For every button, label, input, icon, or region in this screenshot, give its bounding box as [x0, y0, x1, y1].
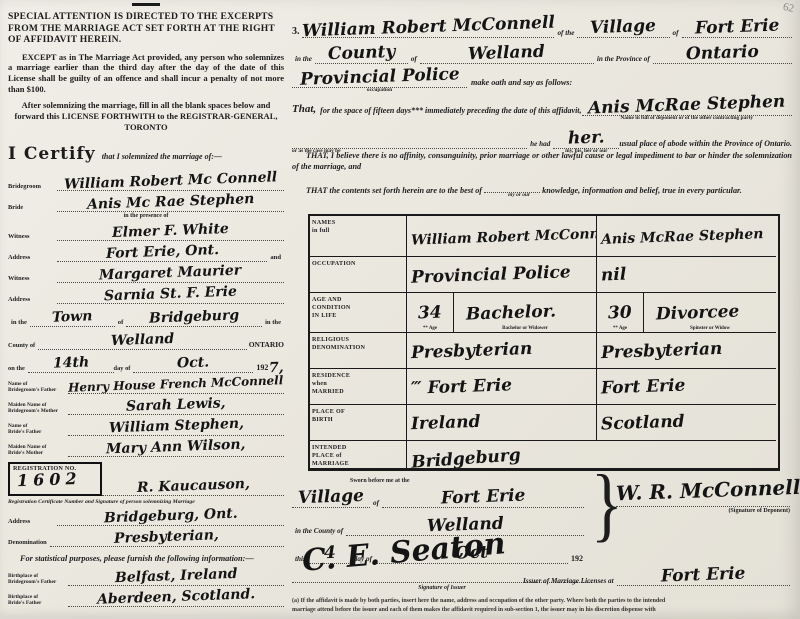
witness1-label: Witness	[8, 233, 57, 241]
special-attention-notice: SPECIAL ATTENTION IS DIRECTED TO THE EXC…	[8, 11, 284, 46]
bridegroom-label: Bridegroom	[8, 183, 57, 191]
affidavit-header: 3. William Robert McConnell of the Villa…	[292, 12, 792, 88]
in-the-word-2: in the	[262, 319, 284, 327]
row-label-religion: RELIGIOUS DENOMINATION	[310, 332, 406, 368]
witness2-line: Margaret Maurier	[57, 264, 284, 283]
top-rule	[132, 3, 160, 6]
county-word-handwriting: County	[327, 44, 395, 63]
groom-condition-box: Bachelor. Bachelor or Widower	[454, 293, 596, 332]
fifteen-days-clause: for the space of fifteen days*** immedia…	[320, 106, 581, 116]
pronoun-line: her. my, his, her or our	[553, 130, 619, 149]
municipality-field: in the Town of Bridgeburg in the	[8, 304, 284, 327]
bride-mother-label: Maiden Name of Bride's Mother	[8, 444, 68, 457]
bride-condition-box: Divorcee Spinster or Widow	[644, 293, 776, 332]
footnote-line-1: (a) If the affidavit is made by both par…	[292, 597, 792, 606]
bridegroom-name-handwriting: William Robert Mc Connell	[64, 170, 278, 191]
solemnizer-address-line: Bridgeburg, Ont.	[57, 507, 284, 526]
year-printed: 192	[253, 363, 269, 373]
groom-religion-handwriting: Presbyterian	[411, 341, 533, 362]
groom-age-handwriting: 34	[418, 305, 442, 323]
left-column: SPECIAL ATTENTION IS DIRECTED TO THE EXC…	[8, 0, 284, 619]
bride-condition-handwriting: Divorcee	[656, 304, 740, 324]
address1-line: Fort Erie, Ont.	[57, 243, 267, 262]
county-name-handwriting: Welland	[468, 44, 545, 64]
place-handwriting: Fort Erie	[694, 18, 779, 38]
contents-paragraph: THAT the contents set forth herein are t…	[292, 184, 792, 196]
day-handwriting: 14th	[52, 356, 89, 371]
license-issuer-place-handwriting: Fort Erie	[661, 566, 746, 586]
bride-residence-cell: Fort Erie	[596, 368, 776, 404]
municipality-type-handwriting: Town	[52, 309, 93, 324]
occupation-line: Provincial Police occupation	[292, 69, 467, 88]
address2-line: Sarnia St. F. Erie	[57, 285, 284, 304]
sworn-place-line: Village of Fort Erie	[292, 482, 584, 508]
presence-caption: in the presence of	[8, 212, 284, 220]
pronoun-handwriting: her.	[568, 129, 605, 147]
bride-line: Anis Mc Rae Stephen	[57, 193, 284, 212]
county-handwriting: Welland	[111, 332, 175, 348]
place-line: Fort Erie	[682, 19, 793, 38]
in-the-word-aff: in the	[292, 55, 315, 64]
contents-post: knowledge, information and belief, true …	[542, 186, 742, 195]
groom-age-wrap: 34 ** Age Bachelor. Bachelor or Widower	[407, 293, 596, 332]
deponent-signature-line: W. R. McConnell.	[616, 480, 790, 507]
denomination-field: Denomination Presbyterian,	[8, 526, 284, 547]
certify-heading: I Certify that I solemnized the marriage…	[8, 144, 284, 164]
statistical-note: For statistical purposes, please furnish…	[8, 554, 284, 565]
fifteen-days-line: That, for the space of fifteen days*** i…	[292, 92, 792, 116]
bride-name-handwriting: Anis Mc Rae Stephen	[87, 192, 255, 212]
solemnizer-address-handwriting: Bridgeburg, Ont.	[103, 507, 237, 526]
day-line: 14th	[28, 354, 114, 373]
county-label: County of	[8, 342, 38, 350]
bride-father-handwriting: William Stephen,	[108, 417, 243, 436]
groom-mother-handwriting: Sarah Lewis,	[126, 396, 226, 413]
registration-row: REGISTRATION NO. 1602 R. Kaucauson,	[8, 460, 284, 496]
deponent-signature-handwriting: W. R. McConnell.	[616, 477, 800, 504]
that-word: That,	[292, 103, 320, 116]
and-word: and	[267, 254, 284, 262]
marriage-license-scan: 62 SPECIAL ATTENTION IS DIRECTED TO THE …	[0, 0, 800, 619]
county-word-line: County	[315, 45, 408, 64]
no-impediment-paragraph: THAT, I believe there is no affinity, co…	[292, 150, 792, 172]
groom-father-line: Henry House French McConnell	[68, 375, 284, 394]
bride-birthplace-handwriting: Scotland	[601, 414, 685, 434]
certify-rest: that I solemnized the marriage of:—	[102, 152, 222, 161]
fifteen-days-block: That, for the space of fifteen days*** i…	[292, 92, 792, 149]
denomination-label: Denomination	[8, 539, 50, 547]
witness1-field: Witness Elmer F. White	[8, 220, 284, 241]
bride-age-cell: 30 ** Age Divorcee Spinster or Widow	[596, 292, 776, 332]
witness2-address-field: Address Sarnia St. F. Erie	[8, 283, 284, 304]
license-issuer-line: Issuer of Marriage Licenses at Fort Erie	[520, 560, 790, 586]
other-party-line: Anis McRae Stephen Name in full of depon…	[582, 97, 792, 116]
bride-father-birthplace-line: Aberdeen, Scotland.	[68, 588, 284, 607]
ontario-printed: ONTARIO	[247, 340, 284, 350]
denomination-handwriting: Presbyterian,	[114, 528, 219, 546]
day-of-label: day of	[114, 365, 134, 373]
place-type-line: Village	[577, 19, 669, 38]
witness1-line: Elmer F. White	[57, 222, 284, 241]
groom-age-caption: ** Age	[407, 326, 453, 331]
bride-mother-field: Maiden Name of Bride's Mother Mary Ann W…	[8, 436, 284, 457]
address1-handwriting: Fort Erie, Ont.	[105, 243, 218, 261]
other-party-handwriting: Anis McRae Stephen	[588, 94, 786, 118]
row-label-names: NAMES in full	[310, 216, 406, 256]
municipality-handwriting: Bridgeburg	[149, 309, 240, 326]
right-column: 3. William Robert McConnell of the Villa…	[292, 0, 792, 619]
bride-name-handwriting: Anis McRae Stephen	[601, 227, 764, 247]
denomination-line: Presbyterian,	[50, 528, 284, 547]
sworn-county-label: in the County of	[292, 527, 346, 536]
place-type-handwriting: Village	[590, 18, 657, 37]
groom-religion-cell: Presbyterian	[406, 332, 596, 368]
bride-age-box: 30 ** Age	[597, 293, 644, 332]
affidavit-line-3: Provincial Police occupation make oath a…	[292, 64, 792, 88]
county-line: Welland	[38, 331, 247, 350]
bride-name-cell: Anis McRae Stephen	[596, 216, 776, 256]
bride-occupation-cell: nil	[596, 256, 776, 292]
contents-caption: my or our	[484, 192, 540, 198]
deponent-handwriting: William Robert McConnell	[301, 15, 554, 41]
groom-father-birthplace-field: Birthplace of Bridegroom's Father Belfas…	[8, 565, 284, 586]
bride-age-handwriting: 30	[608, 305, 632, 323]
groom-age-cell: 34 ** Age Bachelor. Bachelor or Widower	[406, 292, 596, 332]
of-the-word: of the	[554, 29, 577, 38]
deponent-signature-caption: (Signature of Deponent)	[616, 508, 790, 514]
bride-religion-handwriting: Presbyterian	[601, 341, 723, 362]
case-line: or as the case may be	[292, 148, 527, 149]
groom-occupation-handwriting: Provincial Police	[411, 264, 571, 287]
bride-mother-handwriting: Mary Ann Wilson,	[106, 438, 246, 457]
sworn-place-type-handwriting: Village	[298, 488, 365, 507]
groom-father-handwriting: Henry House French McConnell	[68, 374, 284, 394]
municipality-line: Bridgeburg	[126, 308, 262, 327]
row-label-residence: RESIDENCE when MARRIED	[310, 368, 406, 404]
bride-label: Bride	[8, 204, 57, 212]
bride-father-birthplace-handwriting: Aberdeen, Scotland.	[97, 587, 256, 607]
of-word: of	[115, 319, 127, 327]
intended-place-handwriting: Bridgeburg	[411, 447, 521, 468]
affidavit-line-2: in the County of Welland in the Province…	[292, 38, 792, 64]
groom-age-box: 34 ** Age	[407, 293, 454, 332]
registration-number-handwriting: 1602	[17, 471, 82, 489]
groom-father-label: Name of Bridegroom's Father	[8, 381, 68, 394]
item-number: 3.	[292, 26, 302, 38]
license-issuer-place-line: Fort Erie	[617, 567, 790, 586]
of-word-aff: of	[670, 29, 682, 38]
bride-field: Bride Anis Mc Rae Stephen	[8, 191, 284, 212]
issuer-signature-handwriting: C. E. Seaton	[301, 529, 507, 577]
row-label-occupation: OCCUPATION	[310, 256, 406, 292]
bride-occupation-handwriting: nil	[601, 267, 627, 285]
other-party-caption: Name in full of deponent or of the other…	[582, 115, 792, 121]
address2-label: Address	[8, 296, 57, 304]
witness1-handwriting: Elmer F. White	[112, 222, 229, 240]
groom-father-birthplace-handwriting: Belfast, Ireland	[115, 567, 238, 585]
row-label-intended: INTENDED PLACE of MARRIAGE	[310, 440, 406, 468]
county-field: County of Welland ONTARIO	[8, 327, 284, 350]
province-label: in the Province of	[594, 55, 653, 64]
sworn-section: Sworn before me at the Village of Fort E…	[292, 478, 792, 596]
of-word-aff2: of	[408, 55, 420, 64]
sworn-place-name-line: Fort Erie	[382, 489, 584, 508]
groom-birthplace-cell: Ireland	[406, 404, 596, 440]
groom-condition-handwriting: Bachelor.	[466, 303, 557, 323]
oath-intro: make oath and say as follows:	[467, 78, 572, 88]
groom-mother-line: Sarah Lewis,	[68, 396, 284, 415]
solemnizer-address-label: Address	[8, 518, 57, 526]
deponent-line: William Robert McConnell	[302, 19, 555, 38]
bridegroom-field: Bridegroom William Robert Mc Connell	[8, 170, 284, 191]
solemnizer-signature-handwriting: R. Kaucauson,	[136, 477, 249, 495]
registration-box: REGISTRATION NO. 1602	[8, 462, 102, 496]
groom-name-handwriting: William Robert McConnell	[411, 226, 596, 247]
bride-father-label: Name of Bride's Father	[8, 423, 68, 436]
occupation-handwriting: Provincial Police	[299, 66, 459, 89]
province-handwriting: Ontario	[686, 44, 759, 64]
date-field: on the 14th day of Oct. 192 7,	[8, 350, 284, 373]
on-the-label: on the	[8, 365, 28, 373]
bride-father-birthplace-label: Birthplace of Bride's Father	[8, 594, 68, 607]
witness2-label: Witness	[8, 275, 57, 283]
bride-age-caption: ** Age	[597, 326, 643, 331]
bridegroom-line: William Robert Mc Connell	[57, 172, 284, 191]
bride-birthplace-cell: Scotland	[596, 404, 776, 440]
groom-father-birthplace-line: Belfast, Ireland	[68, 567, 284, 586]
groom-residence-cell: ‴ Fort Erie	[406, 368, 596, 404]
contents-pre: THAT the contents set forth herein are t…	[306, 186, 482, 195]
province-line: Ontario	[653, 45, 792, 64]
affidavit-line-1: 3. William Robert McConnell of the Villa…	[292, 12, 792, 38]
groom-mother-label: Maiden Name of Bridegroom's Mother	[8, 402, 68, 415]
particulars-table: NAMES in full William Robert McConnell A…	[308, 214, 780, 471]
contents-dots: my or our	[484, 184, 540, 193]
bride-mother-line: Mary Ann Wilson,	[68, 438, 284, 457]
license-issuer-label: Issuer of Marriage Licenses at	[520, 577, 617, 586]
witness1-address-field: Address Fort Erie, Ont. and	[8, 241, 284, 262]
witness2-handwriting: Margaret Maurier	[99, 264, 242, 283]
footnote: (a) If the affidavit is made by both par…	[292, 597, 792, 614]
bride-father-line: William Stephen,	[68, 417, 284, 436]
row-label-birth: PLACE OF BIRTH	[310, 404, 406, 440]
in-the-word: in the	[8, 319, 30, 327]
sworn-place-handwriting: Fort Erie	[441, 488, 526, 508]
county-name-line: Welland	[420, 45, 594, 64]
address1-label: Address	[8, 254, 57, 262]
witness2-field: Witness Margaret Maurier	[8, 262, 284, 283]
sworn-place-type-line: Village	[292, 489, 370, 508]
except-rule-notice: EXCEPT as in The Marriage Act provided, …	[8, 52, 284, 96]
solemnizer-address-field: Address Bridgeburg, Ont.	[8, 505, 284, 526]
bride-father-field: Name of Bride's Father William Stephen,	[8, 415, 284, 436]
month-line: Oct.	[133, 354, 253, 373]
groom-name-cell: William Robert McConnell	[406, 216, 596, 256]
row-label-age: AGE AND CONDITION IN LIFE	[310, 292, 406, 332]
sworn-of-word: of	[370, 499, 382, 508]
municipality-type-line: Town	[30, 308, 115, 327]
bride-age-wrap: 30 ** Age Divorcee Spinster or Widow	[597, 293, 776, 332]
bride-father-birthplace-field: Birthplace of Bride's Father Aberdeen, S…	[8, 586, 284, 607]
solemnizer-signature-line: R. Kaucauson,	[102, 477, 284, 496]
bride-religion-cell: Presbyterian	[596, 332, 776, 368]
footnote-line-2: marriage attend before the issuer and ea…	[292, 606, 792, 615]
abode-clause: usual place of abode within the Province…	[619, 139, 792, 149]
forward-license-notice: After solemnizing the marriage, fill in …	[8, 100, 284, 133]
groom-father-field: Name of Bridegroom's Father Henry House …	[8, 373, 284, 394]
certify-word: I Certify	[8, 144, 96, 164]
groom-birthplace-handwriting: Ireland	[411, 414, 481, 433]
he-had-word: he had	[527, 140, 553, 149]
address2-handwriting: Sarnia St. F. Erie	[104, 285, 237, 304]
bride-residence-handwriting: Fort Erie	[601, 378, 686, 398]
groom-mother-field: Maiden Name of Bridegroom's Mother Sarah…	[8, 394, 284, 415]
groom-father-birthplace-label: Birthplace of Bridegroom's Father	[8, 573, 68, 586]
groom-residence-handwriting: ‴ Fort Erie	[411, 377, 513, 398]
bride-condition-caption: Spinster or Widow	[644, 326, 776, 331]
month-handwriting: Oct.	[177, 356, 210, 371]
groom-occupation-cell: Provincial Police	[406, 256, 596, 292]
groom-condition-caption: Bachelor or Widower	[454, 326, 596, 331]
abode-line: or as the case may be he had her. my, hi…	[292, 125, 792, 149]
